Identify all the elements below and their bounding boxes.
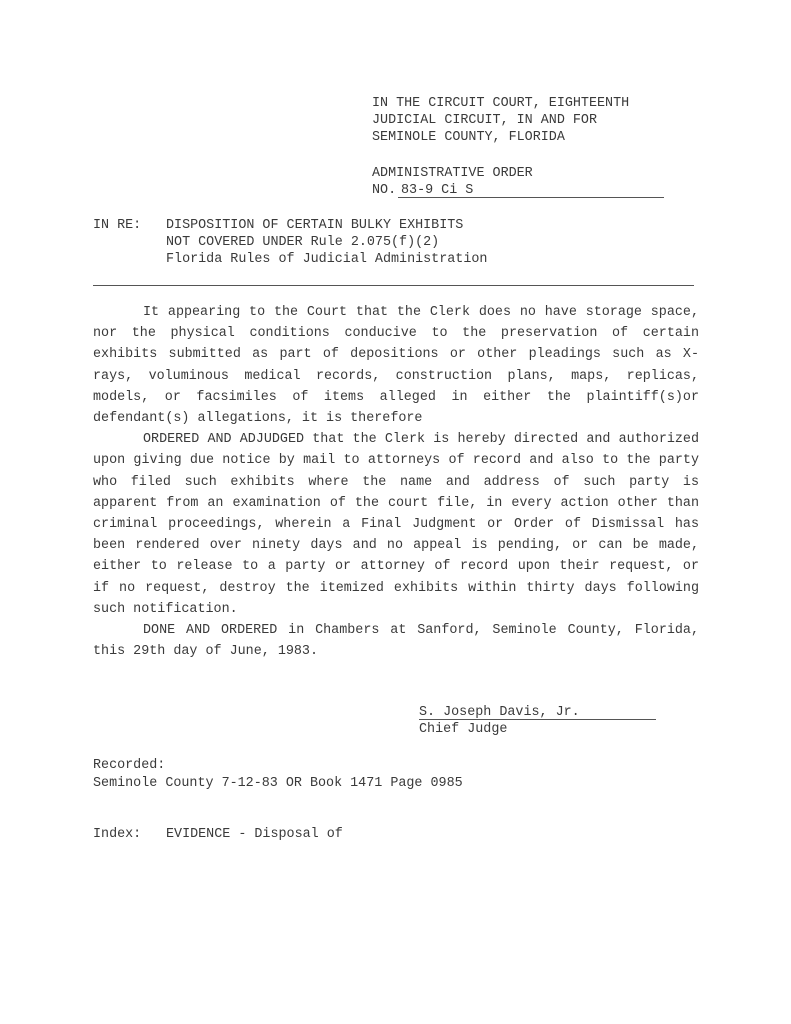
recorded-value: Seminole County 7-12-83 OR Book 1471 Pag… [93, 775, 463, 792]
court-caption-line-3: SEMINOLE COUNTY, FLORIDA [372, 129, 565, 146]
court-caption-line-2: JUDICIAL CIRCUIT, IN AND FOR [372, 112, 597, 129]
in-re-line-1: DISPOSITION OF CERTAIN BULKY EXHIBITS [166, 217, 463, 234]
in-re-line-2: NOT COVERED UNDER Rule 2.075(f)(2) [166, 234, 439, 251]
section-divider [93, 285, 694, 286]
signature-title: Chief Judge [419, 721, 507, 738]
in-re-label: IN RE: [93, 217, 141, 234]
in-re-line-3: Florida Rules of Judicial Administration [166, 251, 487, 268]
order-number-label: NO. [372, 182, 396, 199]
body-paragraph-done: DONE AND ORDERED in Chambers at Sanford,… [93, 620, 699, 662]
order-title: ADMINISTRATIVE ORDER [372, 165, 533, 182]
order-body: It appearing to the Court that the Clerk… [93, 302, 699, 662]
body-paragraph-preamble: It appearing to the Court that the Clerk… [93, 302, 699, 429]
index-label: Index: [93, 826, 141, 843]
document-page: IN THE CIRCUIT COURT, EIGHTEENTH JUDICIA… [0, 0, 791, 1024]
order-number-underline [398, 197, 664, 198]
court-caption-line-1: IN THE CIRCUIT COURT, EIGHTEENTH [372, 95, 629, 112]
recorded-label: Recorded: [93, 757, 165, 774]
index-value: EVIDENCE - Disposal of [166, 826, 343, 843]
body-paragraph-ordered: ORDERED AND ADJUDGED that the Clerk is h… [93, 429, 699, 620]
signature-line [419, 719, 656, 720]
